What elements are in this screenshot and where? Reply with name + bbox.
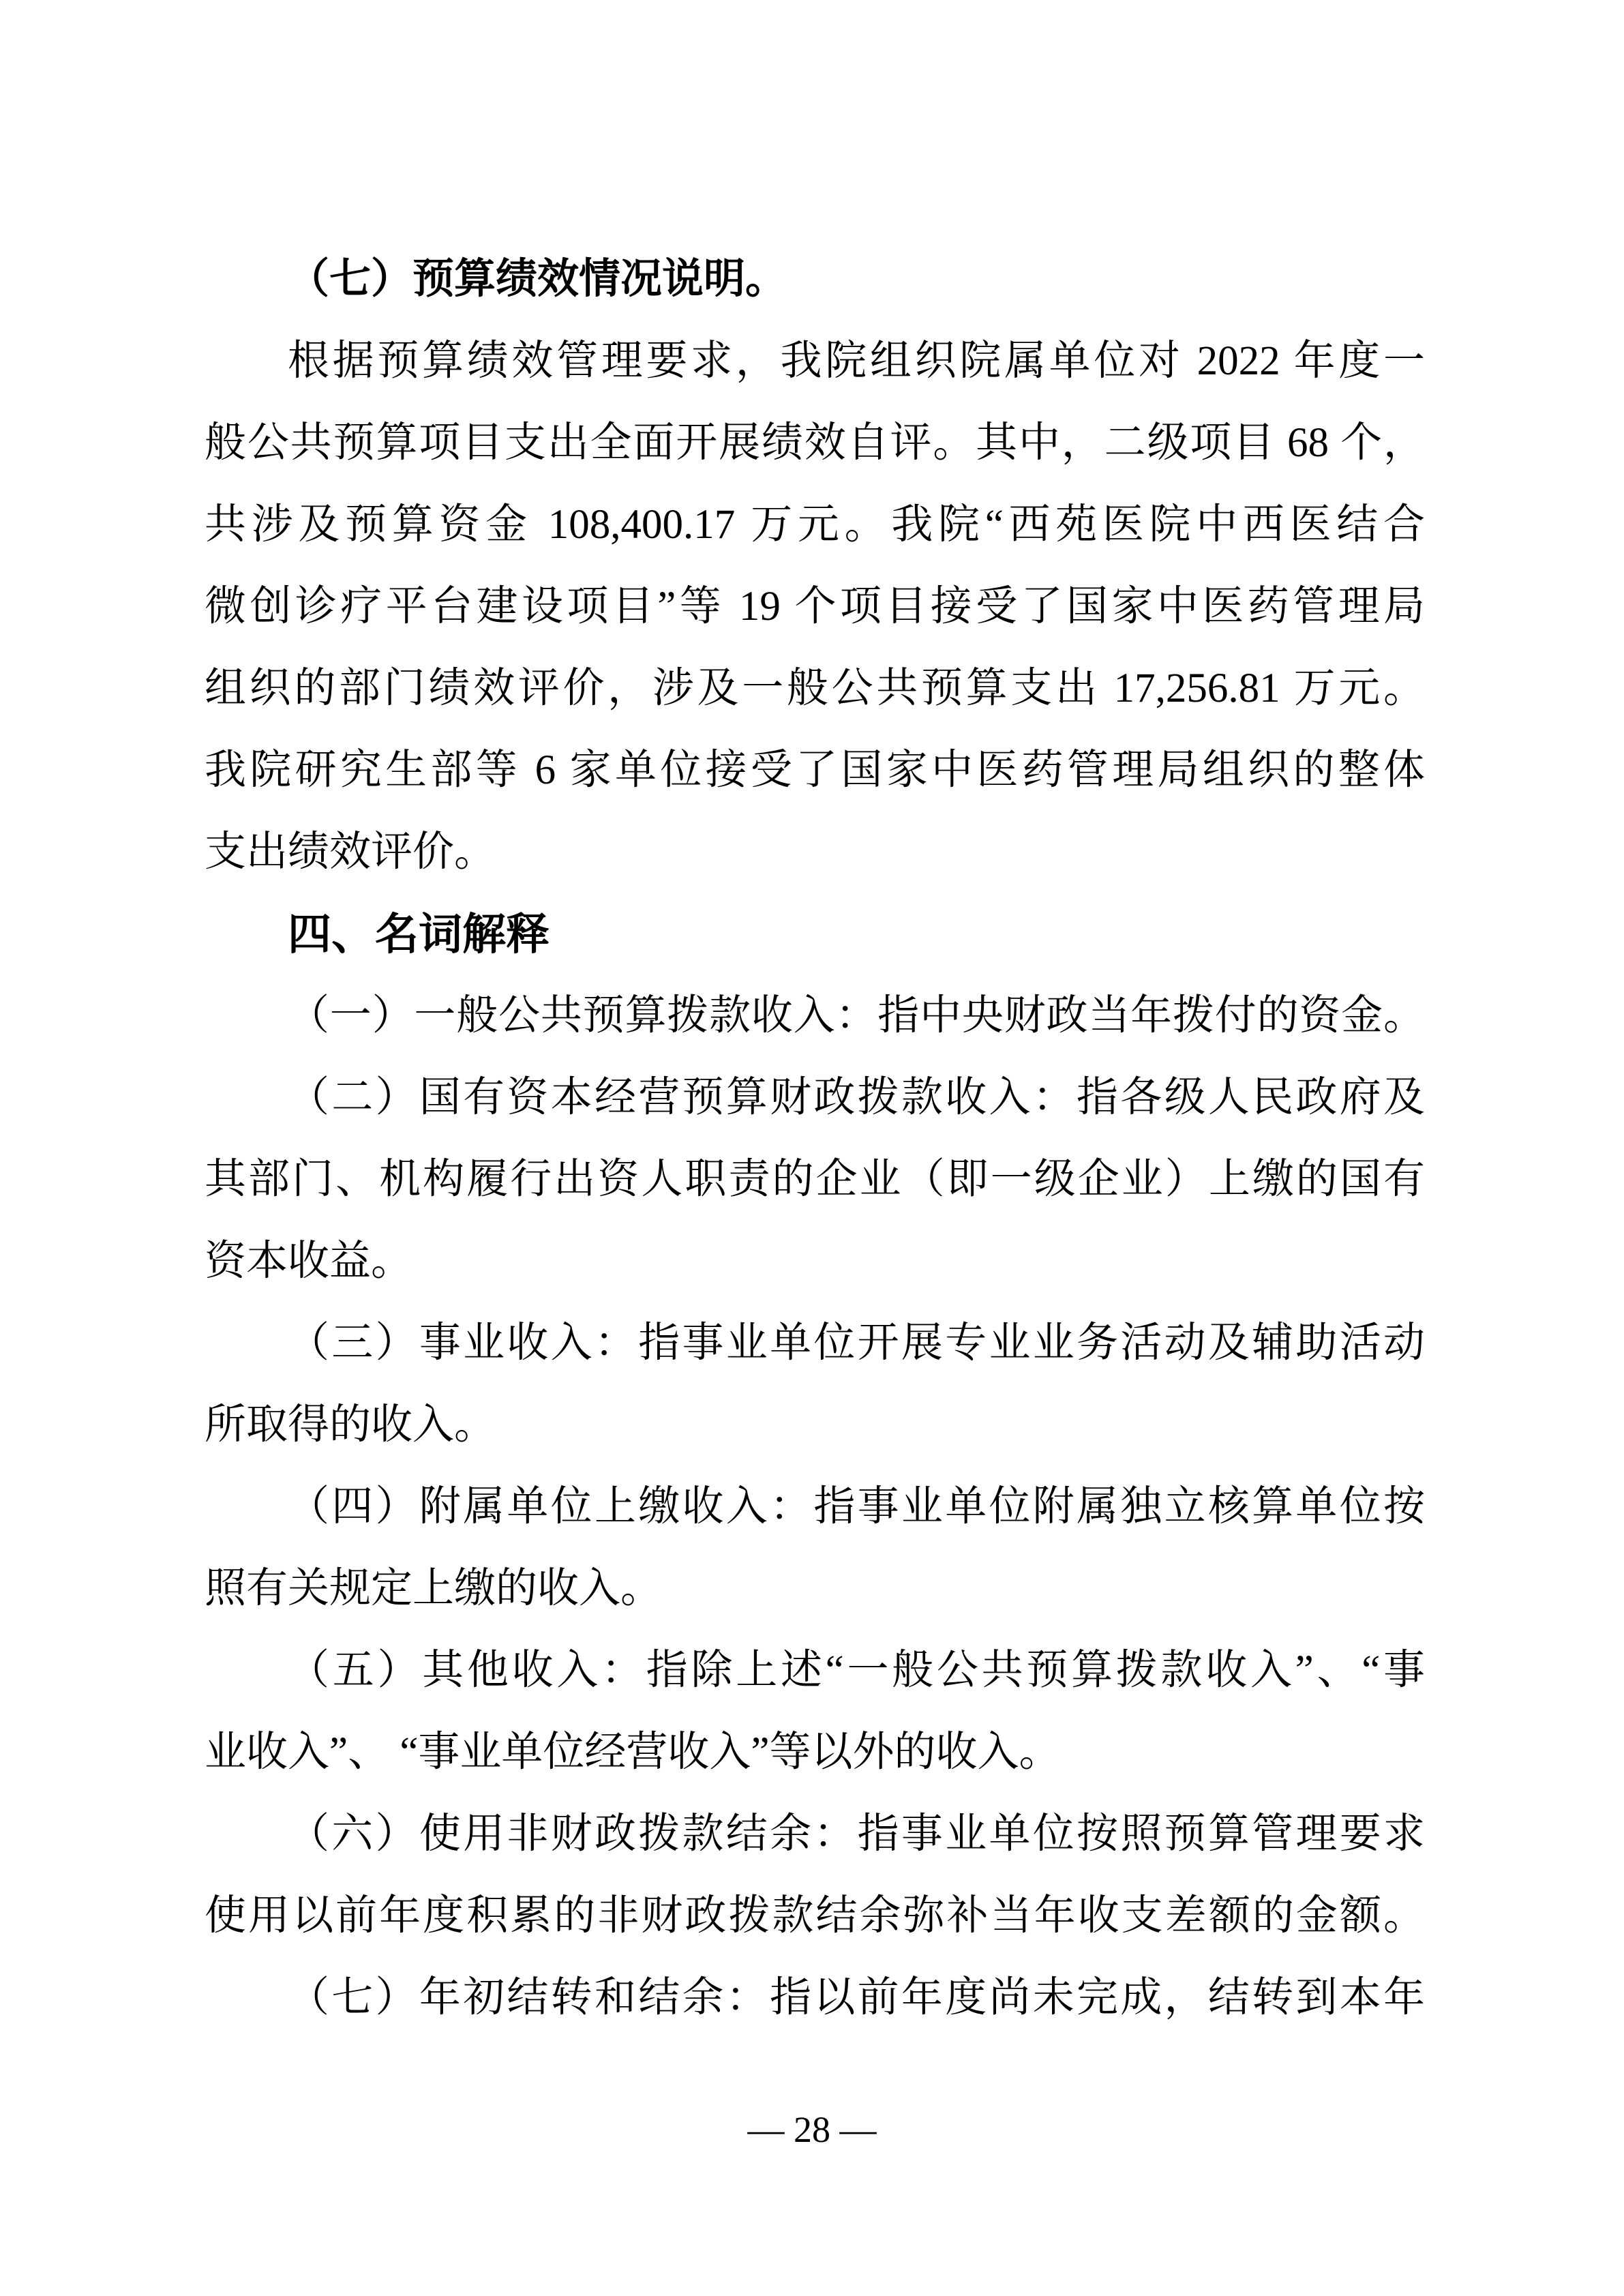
text-line: 支出绩效评价。 xyxy=(205,811,1425,893)
text-line: 资本收益。 xyxy=(205,1221,1425,1302)
text-line: 照有关规定上缴的收入。 xyxy=(205,1548,1425,1630)
text-line: 使用以前年度积累的非财政拨款结余弥补当年收支差额的金额。 xyxy=(205,1875,1425,1957)
text-line: （一）一般公共预算拨款收入：指中央财政当年拨付的资金。 xyxy=(205,975,1425,1057)
text-line: （四）附属单位上缴收入：指事业单位附属独立核算单位按 xyxy=(205,1466,1425,1548)
text-line: （五）其他收入：指除上述“一般公共预算拨款收入”、“事 xyxy=(205,1630,1425,1712)
text-line: （六）使用非财政拨款结余：指事业单位按照预算管理要求 xyxy=(205,1793,1425,1875)
heading-glossary: 四、名词解释 xyxy=(205,893,1425,975)
text-line: 业收入”、 “事业单位经营收入”等以外的收入。 xyxy=(205,1712,1425,1793)
text-line: 其部门、机构履行出资人职责的企业（即一级企业）上缴的国有 xyxy=(205,1139,1425,1221)
text-line: （七）年初结转和结余：指以前年度尚未完成，结转到本年 xyxy=(205,1957,1425,2039)
text-line: （三）事业收入：指事业单位开展专业业务活动及辅助活动 xyxy=(205,1302,1425,1384)
text-line: 般公共预算项目支出全面开展绩效自评。其中，二级项目 68 个， xyxy=(205,402,1425,484)
text-line: 共涉及预算资金 108,400.17 万元。我院“西苑医院中西医结合 xyxy=(205,484,1425,566)
document-body-text: （七）预算绩效情况说明。 根据预算绩效管理要求，我院组织院属单位对 2022 年… xyxy=(205,239,1425,2039)
text-line: （二）国有资本经营预算财政拨款收入：指各级人民政府及 xyxy=(205,1057,1425,1139)
document-page: （七）预算绩效情况说明。 根据预算绩效管理要求，我院组织院属单位对 2022 年… xyxy=(0,0,1624,2296)
text-line: 根据预算绩效管理要求，我院组织院属单位对 2022 年度一 xyxy=(205,320,1425,402)
text-line: 微创诊疗平台建设项目”等 19 个项目接受了国家中医药管理局 xyxy=(205,566,1425,648)
text-line: 组织的部门绩效评价，涉及一般公共预算支出 17,256.81 万元。 xyxy=(205,648,1425,730)
heading-budget-performance: （七）预算绩效情况说明。 xyxy=(205,239,1425,320)
text-line: 所取得的收入。 xyxy=(205,1384,1425,1466)
page-number: — 28 — xyxy=(0,2102,1624,2157)
text-line: 我院研究生部等 6 家单位接受了国家中医药管理局组织的整体 xyxy=(205,730,1425,811)
